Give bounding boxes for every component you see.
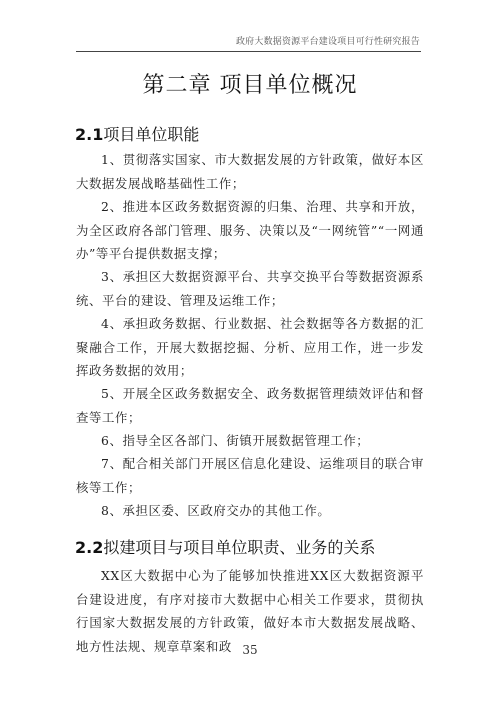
page-number: 35 [0, 643, 500, 657]
duty-item-3: 3、承担区大数据资源平台、共享交换平台等数据资源系统、平台的建设、管理及运维工作… [76, 265, 424, 312]
duty-item-5: 5、开展全区政务数据安全、政务数据管理绩效评估和督查等工作； [76, 382, 424, 429]
duty-item-6: 6、指导全区各部门、街镇开展数据管理工作； [76, 429, 424, 453]
running-header: 政府大数据资源平台建设项目可行性研究报告 [236, 34, 420, 47]
section-title: 拟建项目与项目单位职责、业务的关系 [103, 538, 375, 557]
duty-item-8: 8、承担区委、区政府交办的其他工作。 [76, 499, 424, 523]
header-divider [76, 51, 421, 52]
duty-item-2: 2、推进本区政务数据资源的归集、治理、共享和开放，为全区政府各部门管理、服务、决… [76, 195, 424, 266]
section-title: 项目单位职能 [103, 125, 199, 144]
section-heading-2-2: 2.2拟建项目与项目单位职责、业务的关系 [75, 535, 375, 558]
section-heading-2-1: 2.1项目单位职能 [75, 122, 199, 145]
chapter-title: 第二章 项目单位概况 [0, 68, 500, 99]
section-number: 2.2 [75, 538, 103, 557]
duty-item-1: 1、贯彻落实国家、市大数据发展的方针政策，做好本区大数据发展战略基础性工作； [76, 148, 424, 195]
duty-item-7: 7、配合相关部门开展区信息化建设、运维项目的联合审核等工作； [76, 452, 424, 499]
duty-item-4: 4、承担政务数据、行业数据、社会数据等各方数据的汇聚融合工作，开展大数据挖掘、分… [76, 312, 424, 383]
section-number: 2.1 [75, 125, 103, 144]
